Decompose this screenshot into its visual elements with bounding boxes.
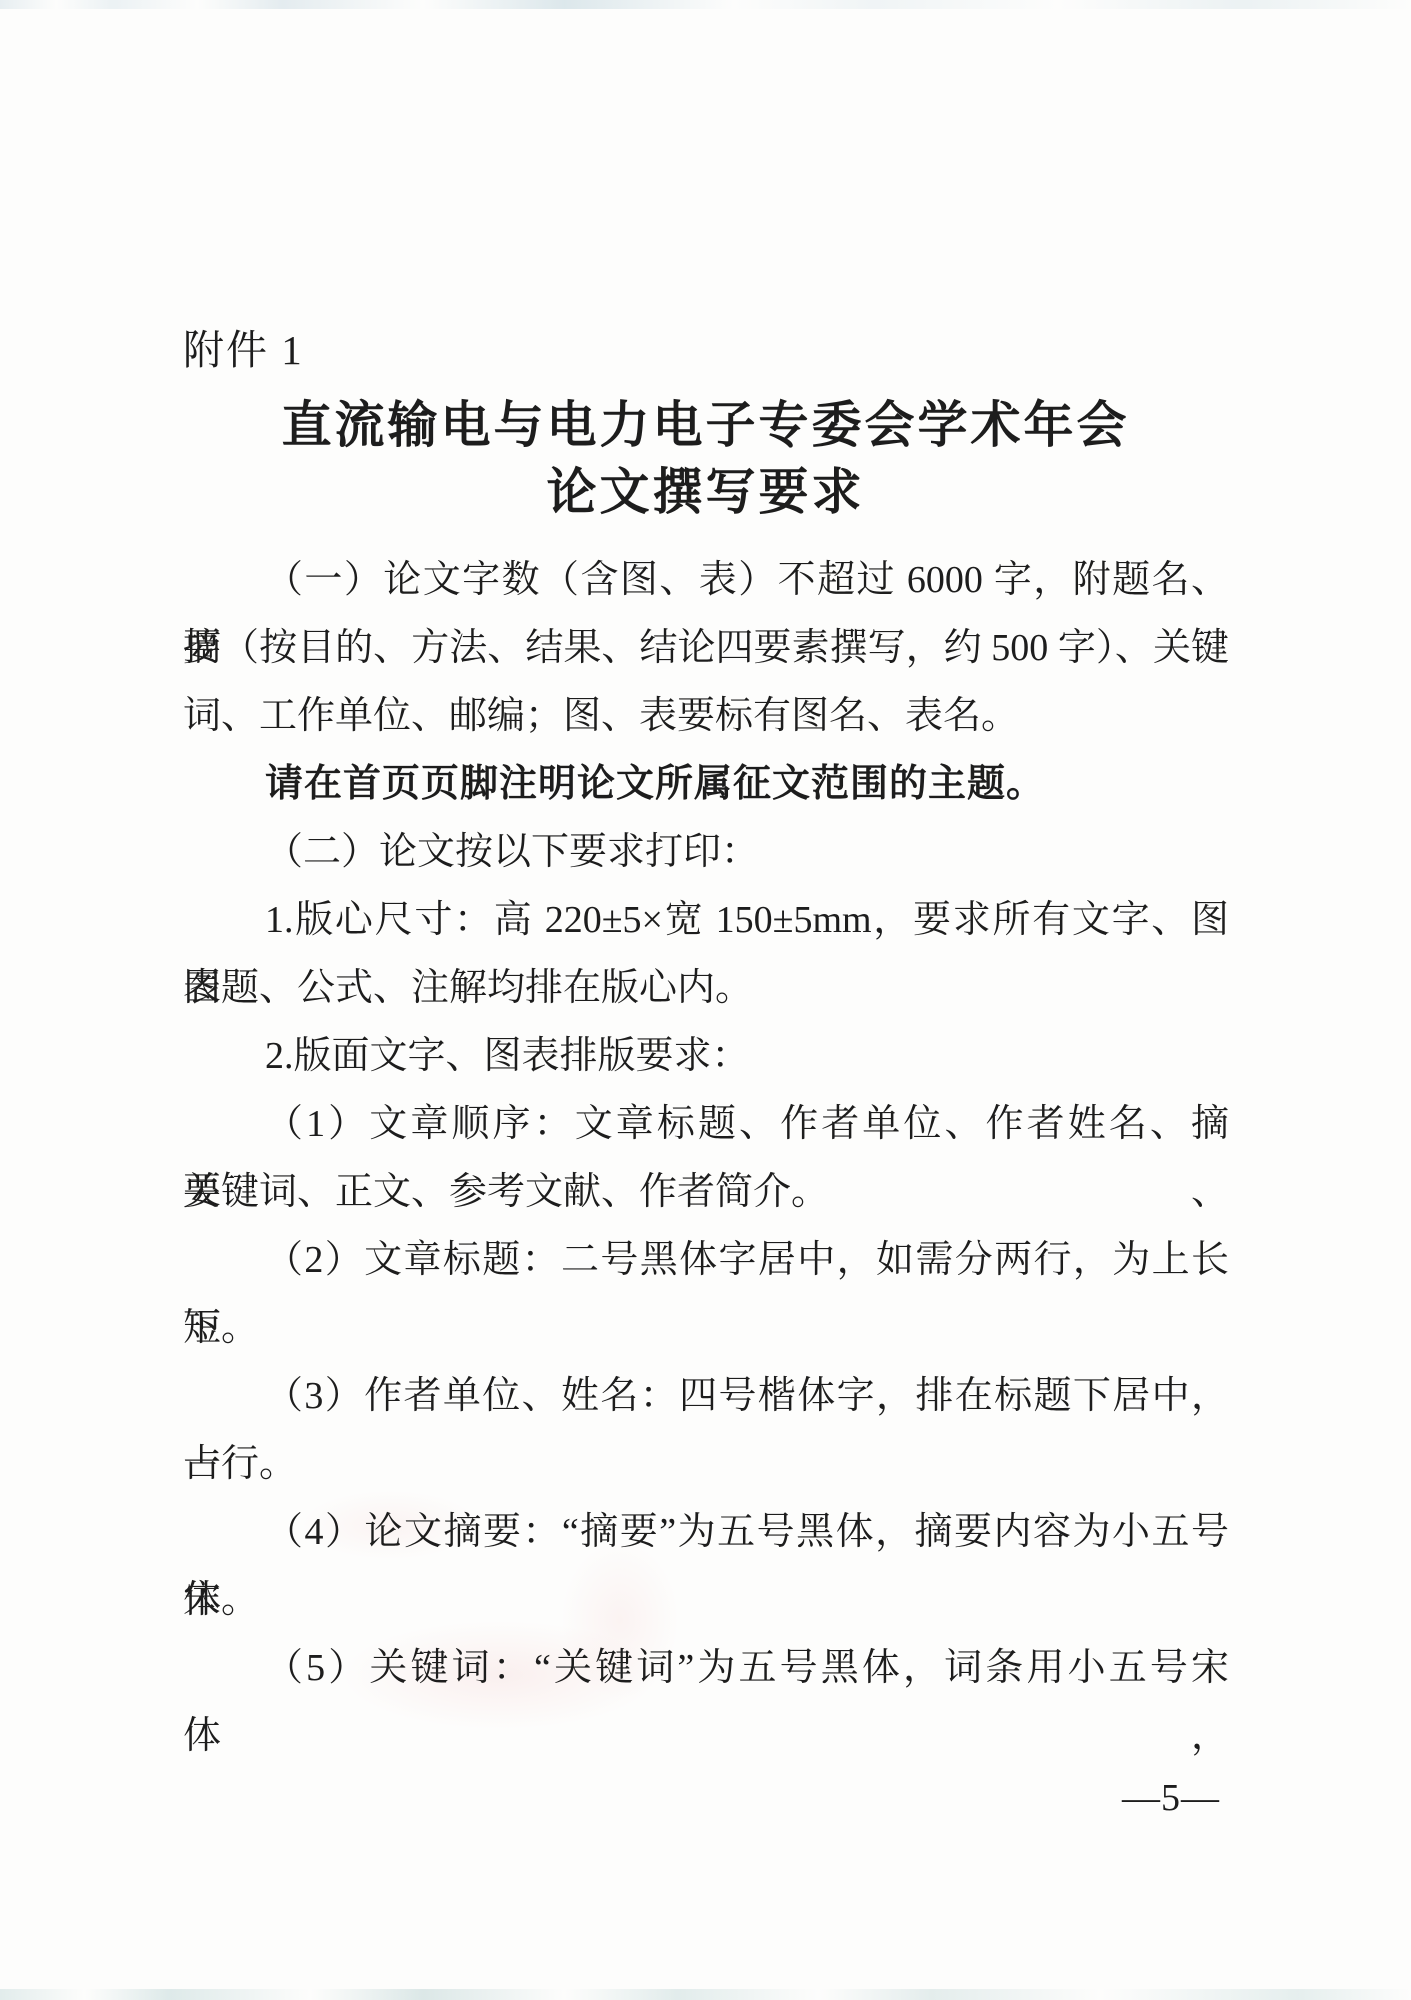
- document-title: 直流输电与电力电子专委会学术年会 论文撰写要求: [0, 392, 1411, 526]
- text-line-1: （一）论文字数（含图、表）不超过 6000 字，附题名、摘: [183, 546, 1229, 614]
- scan-artifact-bottom-edge: [0, 1989, 1411, 2000]
- text-line-13: （3）作者单位、姓名：四号楷体字，排在标题下居中，占: [183, 1362, 1229, 1430]
- document-title-line1: 直流输电与电力电子专委会学术年会: [0, 392, 1411, 459]
- text-line-15: （4）论文摘要：“摘要”为五号黑体，摘要内容为小五号宋: [183, 1498, 1229, 1566]
- text-line-12: 短。: [183, 1294, 1229, 1362]
- text-line-7: 图题、公式、注解均排在版心内。: [183, 954, 1229, 1022]
- text-line-5: （二）论文按以下要求打印：: [183, 818, 1229, 886]
- text-line-14: 一行。: [183, 1430, 1229, 1498]
- document-title-line2: 论文撰写要求: [0, 459, 1411, 526]
- document-body: （一）论文字数（含图、表）不超过 6000 字，附题名、摘要（按目的、方法、结果…: [183, 546, 1229, 1702]
- text-line-3: 词、工作单位、邮编；图、表要标有图名、表名。: [183, 682, 1229, 750]
- text-line-8: 2.版面文字、图表排版要求：: [183, 1022, 1229, 1090]
- document-page: 附件 1 直流输电与电力电子专委会学术年会 论文撰写要求 （一）论文字数（含图、…: [0, 0, 1411, 2000]
- text-line-4: 请在首页页脚注明论文所属征文范围的主题。: [183, 750, 1229, 818]
- text-line-2: 要（按目的、方法、结果、结论四要素撰写，约 500 字）、关键: [183, 614, 1229, 682]
- attachment-label: 附件 1: [183, 326, 304, 374]
- text-line-16: 体。: [183, 1566, 1229, 1634]
- text-line-6: 1.版心尺寸：高 220±5×宽 150±5mm，要求所有文字、图表: [183, 886, 1229, 954]
- page-number: —5—: [1122, 1776, 1220, 1820]
- scan-artifact-top-edge: [0, 0, 1411, 9]
- text-line-11: （2）文章标题：二号黑体字居中，如需分两行，为上长下: [183, 1226, 1229, 1294]
- text-line-9: （1）文章顺序：文章标题、作者单位、作者姓名、摘要、: [183, 1090, 1229, 1158]
- text-line-17: （5）关键词：“关键词”为五号黑体，词条用小五号宋体，: [183, 1634, 1229, 1702]
